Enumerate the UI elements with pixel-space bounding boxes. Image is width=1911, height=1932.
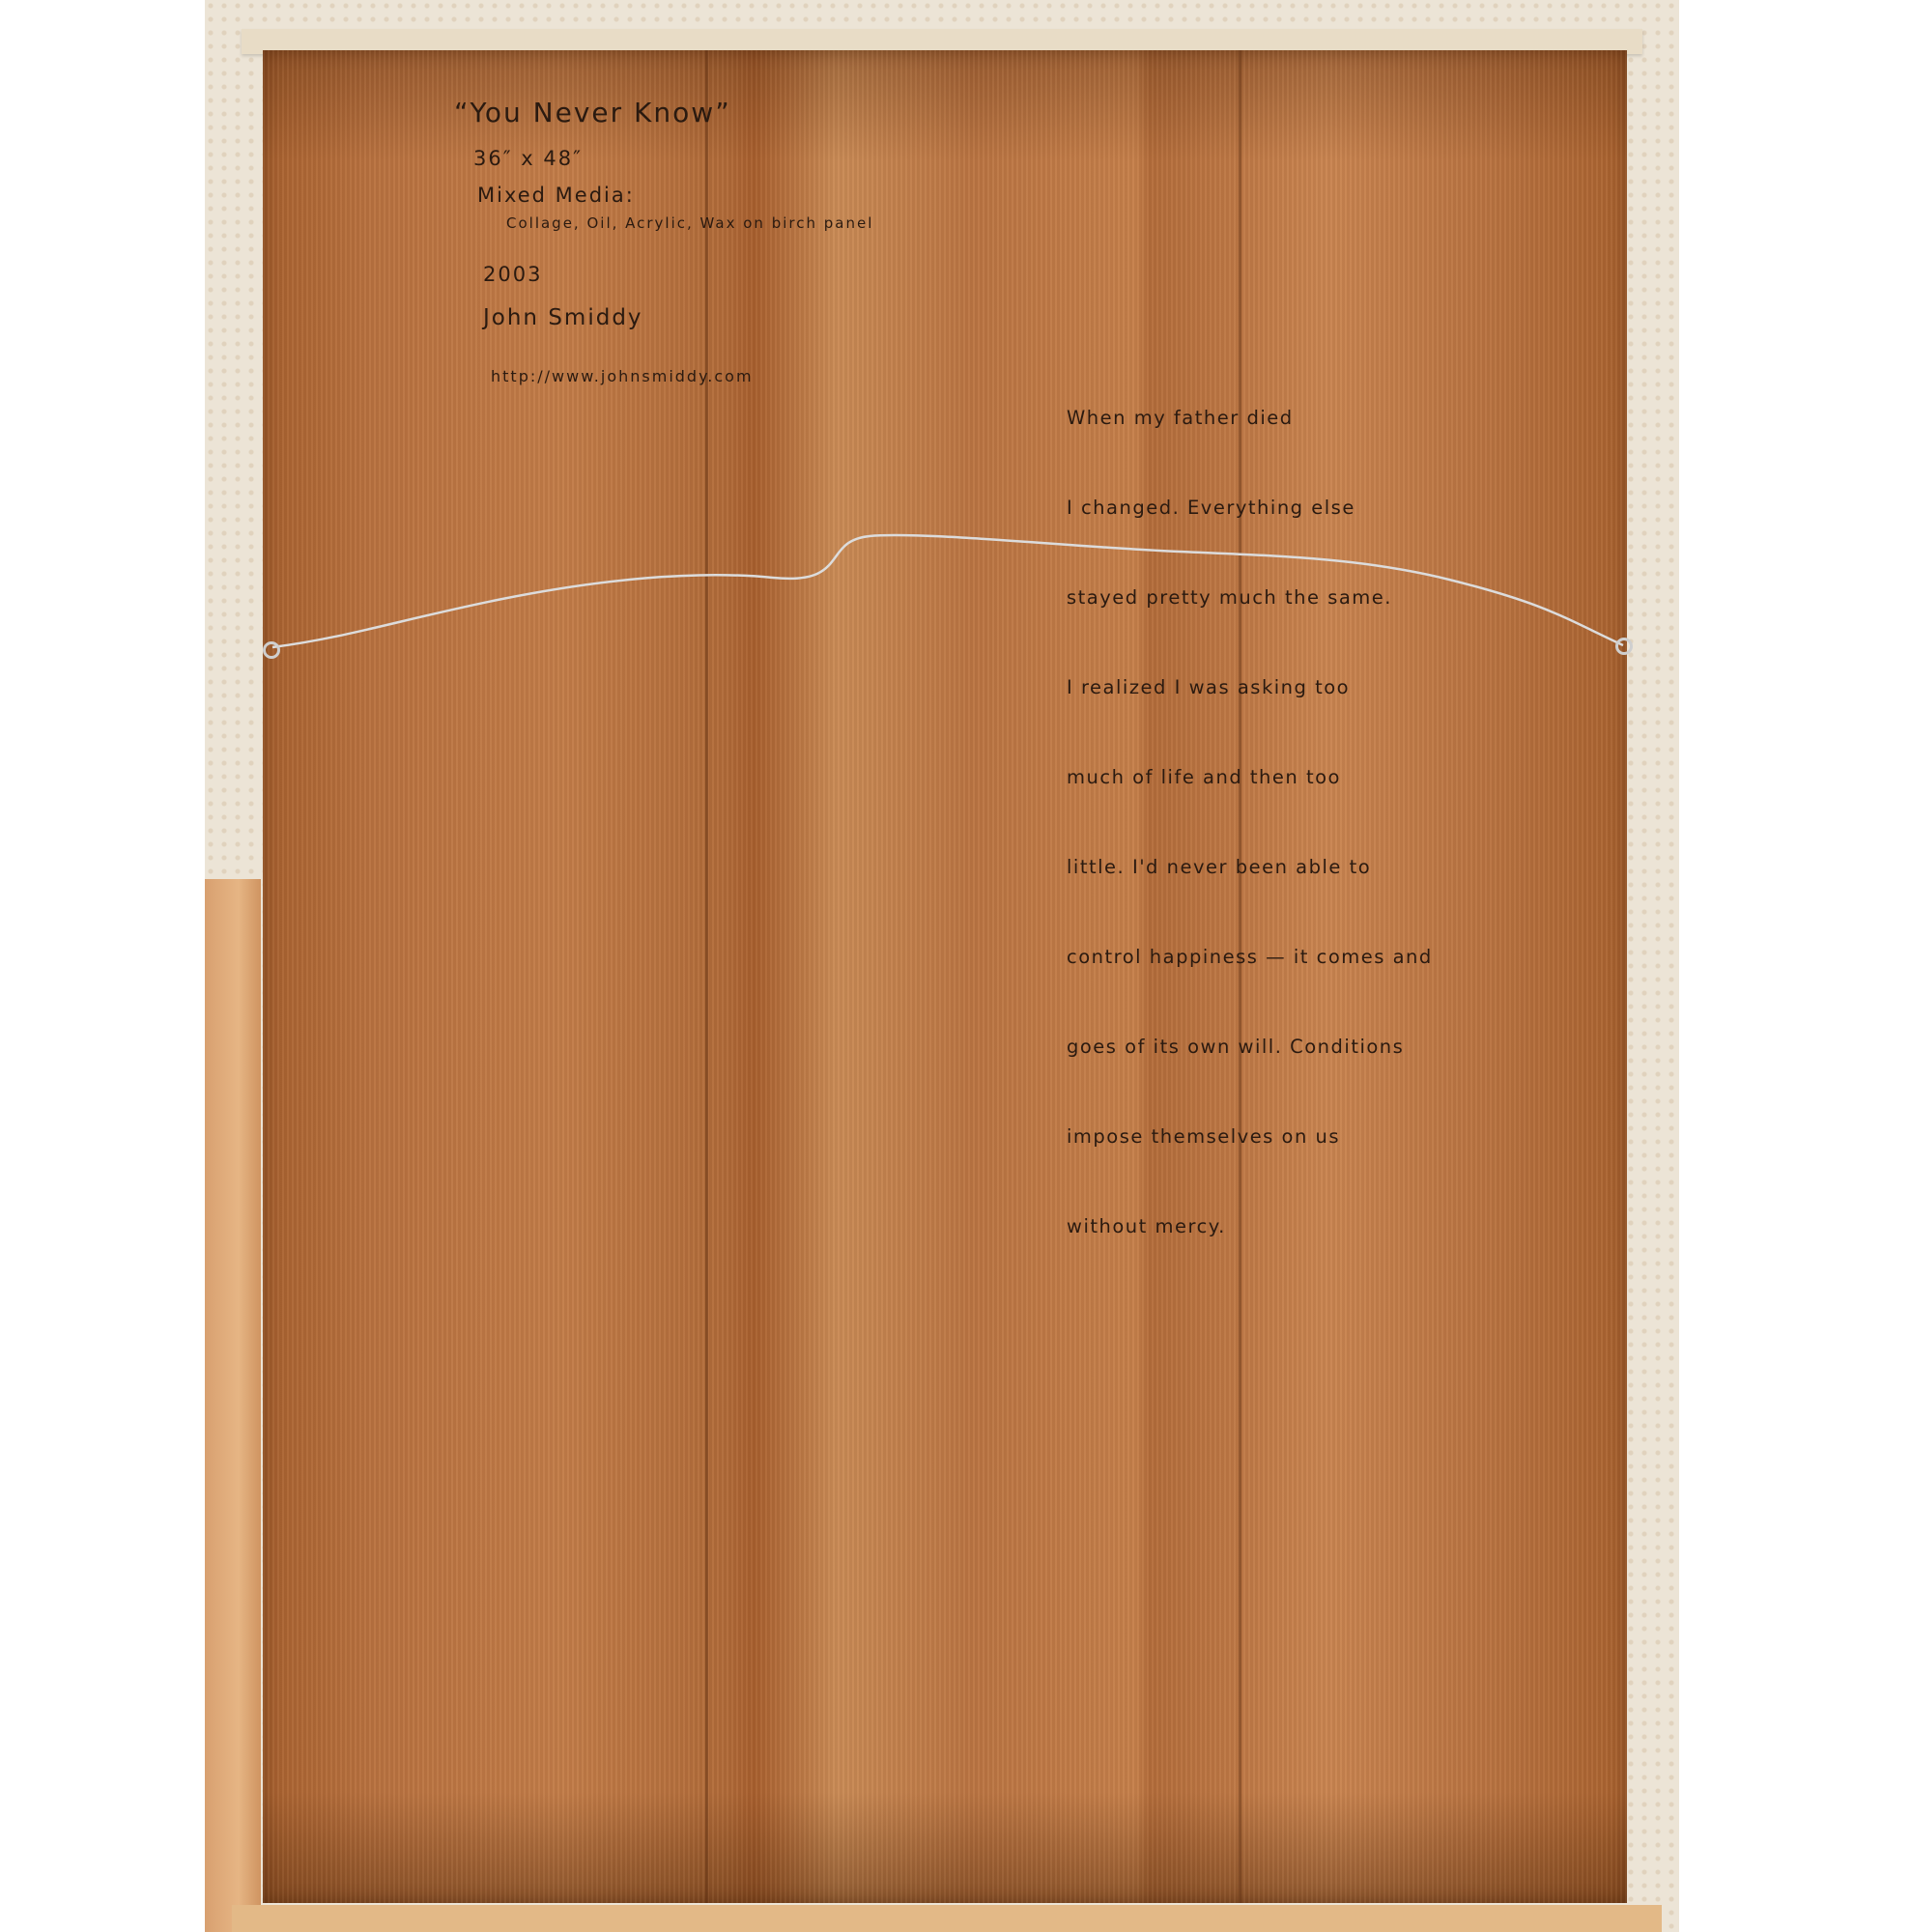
hanging-wire bbox=[0, 0, 1911, 1932]
d-ring-hook-right bbox=[1615, 638, 1633, 655]
d-ring-hook-left bbox=[263, 641, 280, 659]
